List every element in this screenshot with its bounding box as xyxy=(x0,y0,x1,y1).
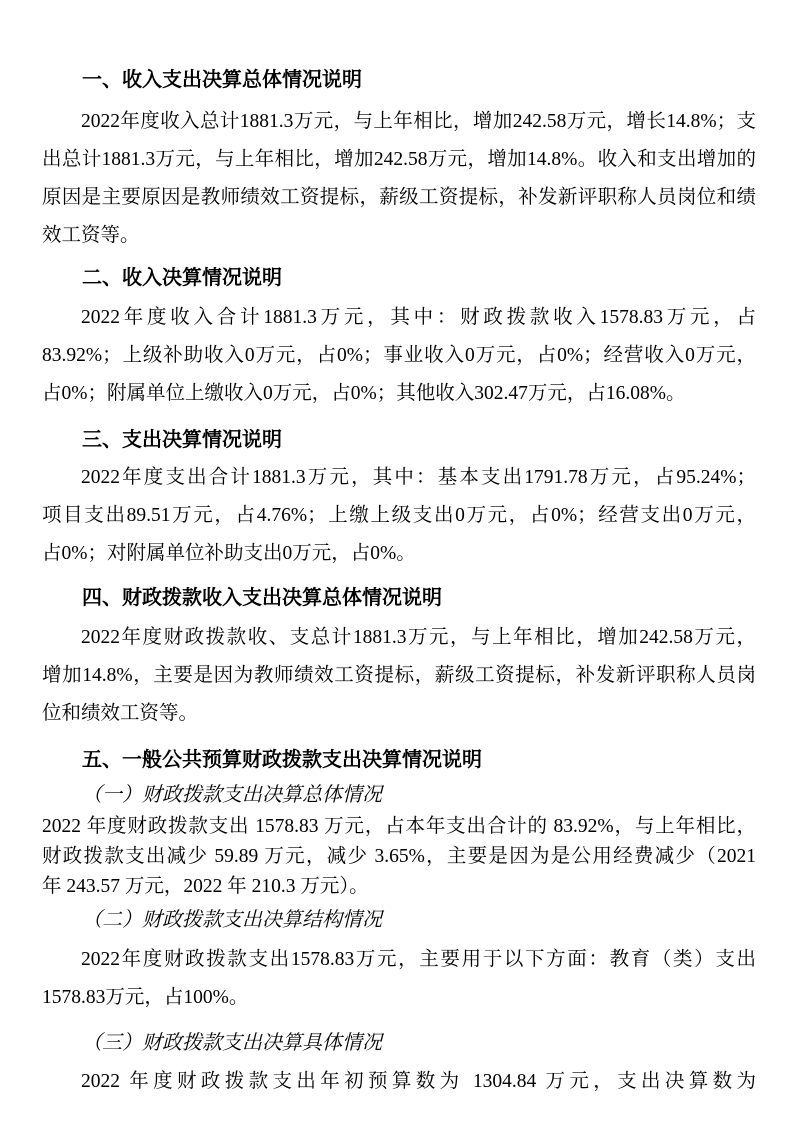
paragraph-line: 出总计1881.3万元，与上年相比，增加242.58万元，增加14.8%。收入和… xyxy=(42,141,756,179)
paragraph-line: 位和绩效工资等。 xyxy=(42,695,756,733)
paragraph-line: 效工资等。 xyxy=(42,217,756,255)
subsection-5-1-paragraph: 2022 年度财政拨款支出 1578.83 万元，占本年支出合计的 83.92%… xyxy=(42,812,756,902)
paragraph-line: 2022年度收入合计1881.3万元，其中：财政拨款收入1578.83万元，占 xyxy=(42,299,756,337)
subsection-5-2-heading: （二）财政拨款支出决算结构情况 xyxy=(42,905,756,935)
section-4-heading: 四、财政拨款收入支出决算总体情况说明 xyxy=(42,583,756,613)
paragraph-line: 增加14.8%，主要是因为教师绩效工资提标，薪级工资提标，补发新评职称人员岗 xyxy=(42,657,756,695)
subsection-5-3-paragraph: 2022 年度财政拨款支出年初预算数为 1304.84 万元，支出决算数为 xyxy=(42,1063,756,1101)
paragraph-line: 2022年度支出合计1881.3万元，其中：基本支出1791.78万元，占95.… xyxy=(42,459,756,497)
paragraph-line: 原因是主要原因是教师绩效工资提标，薪级工资提标，补发新评职称人员岗位和绩 xyxy=(42,179,756,217)
subsection-5-1-heading: （一）财政拨款支出决算总体情况 xyxy=(42,780,756,810)
paragraph-line: 项目支出89.51万元，占4.76%；上缴上级支出0万元，占0%；经营支出0万元… xyxy=(42,497,756,535)
paragraph-line: 83.92%；上级补助收入0万元，占0%；事业收入0万元，占0%；经营收入0万元… xyxy=(42,337,756,375)
paragraph-line: 2022年度收入总计1881.3万元，与上年相比，增加242.58万元，增长14… xyxy=(42,103,756,141)
section-4-paragraph: 2022年度财政拨款收、支总计1881.3万元，与上年相比，增加242.58万元… xyxy=(42,619,756,733)
paragraph-line: 2022 年度财政拨款支出年初预算数为 1304.84 万元，支出决算数为 xyxy=(42,1063,756,1101)
section-2-paragraph: 2022年度收入合计1881.3万元，其中：财政拨款收入1578.83万元，占 … xyxy=(42,299,756,413)
paragraph-line: 2022年度财政拨款支出1578.83万元，主要用于以下方面：教育（类）支出 xyxy=(42,941,756,979)
paragraph-line: 2022 年度财政拨款支出 1578.83 万元，占本年支出合计的 83.92%… xyxy=(42,812,756,842)
section-1-paragraph: 2022年度收入总计1881.3万元，与上年相比，增加242.58万元，增长14… xyxy=(42,103,756,255)
paragraph-line: 占0%；附属单位上缴收入0万元，占0%；其他收入302.47万元，占16.08%… xyxy=(42,375,756,413)
paragraph-line: 占0%；对附属单位补助支出0万元，占0%。 xyxy=(42,535,756,573)
paragraph-line: 财政拨款支出减少 59.89 万元，减少 3.65%，主要是因为是公用经费减少（… xyxy=(42,842,756,872)
paragraph-line: 2022年度财政拨款收、支总计1881.3万元，与上年相比，增加242.58万元… xyxy=(42,619,756,657)
section-3-heading: 三、支出决算情况说明 xyxy=(42,425,756,455)
paragraph-line: 1578.83万元，占100%。 xyxy=(42,979,756,1017)
paragraph-line: 年 243.57 万元，2022 年 210.3 万元）。 xyxy=(42,872,756,902)
section-3-paragraph: 2022年度支出合计1881.3万元，其中：基本支出1791.78万元，占95.… xyxy=(42,459,756,573)
document-page: 一、收入支出决算总体情况说明 2022年度收入总计1881.3万元，与上年相比，… xyxy=(0,0,794,1122)
section-5-heading: 五、一般公共预算财政拨款支出决算情况说明 xyxy=(42,745,756,775)
subsection-5-3-heading: （三）财政拨款支出决算具体情况 xyxy=(42,1028,756,1058)
subsection-5-2-paragraph: 2022年度财政拨款支出1578.83万元，主要用于以下方面：教育（类）支出 1… xyxy=(42,941,756,1017)
section-2-heading: 二、收入决算情况说明 xyxy=(42,263,756,293)
section-1-heading: 一、收入支出决算总体情况说明 xyxy=(42,65,756,95)
